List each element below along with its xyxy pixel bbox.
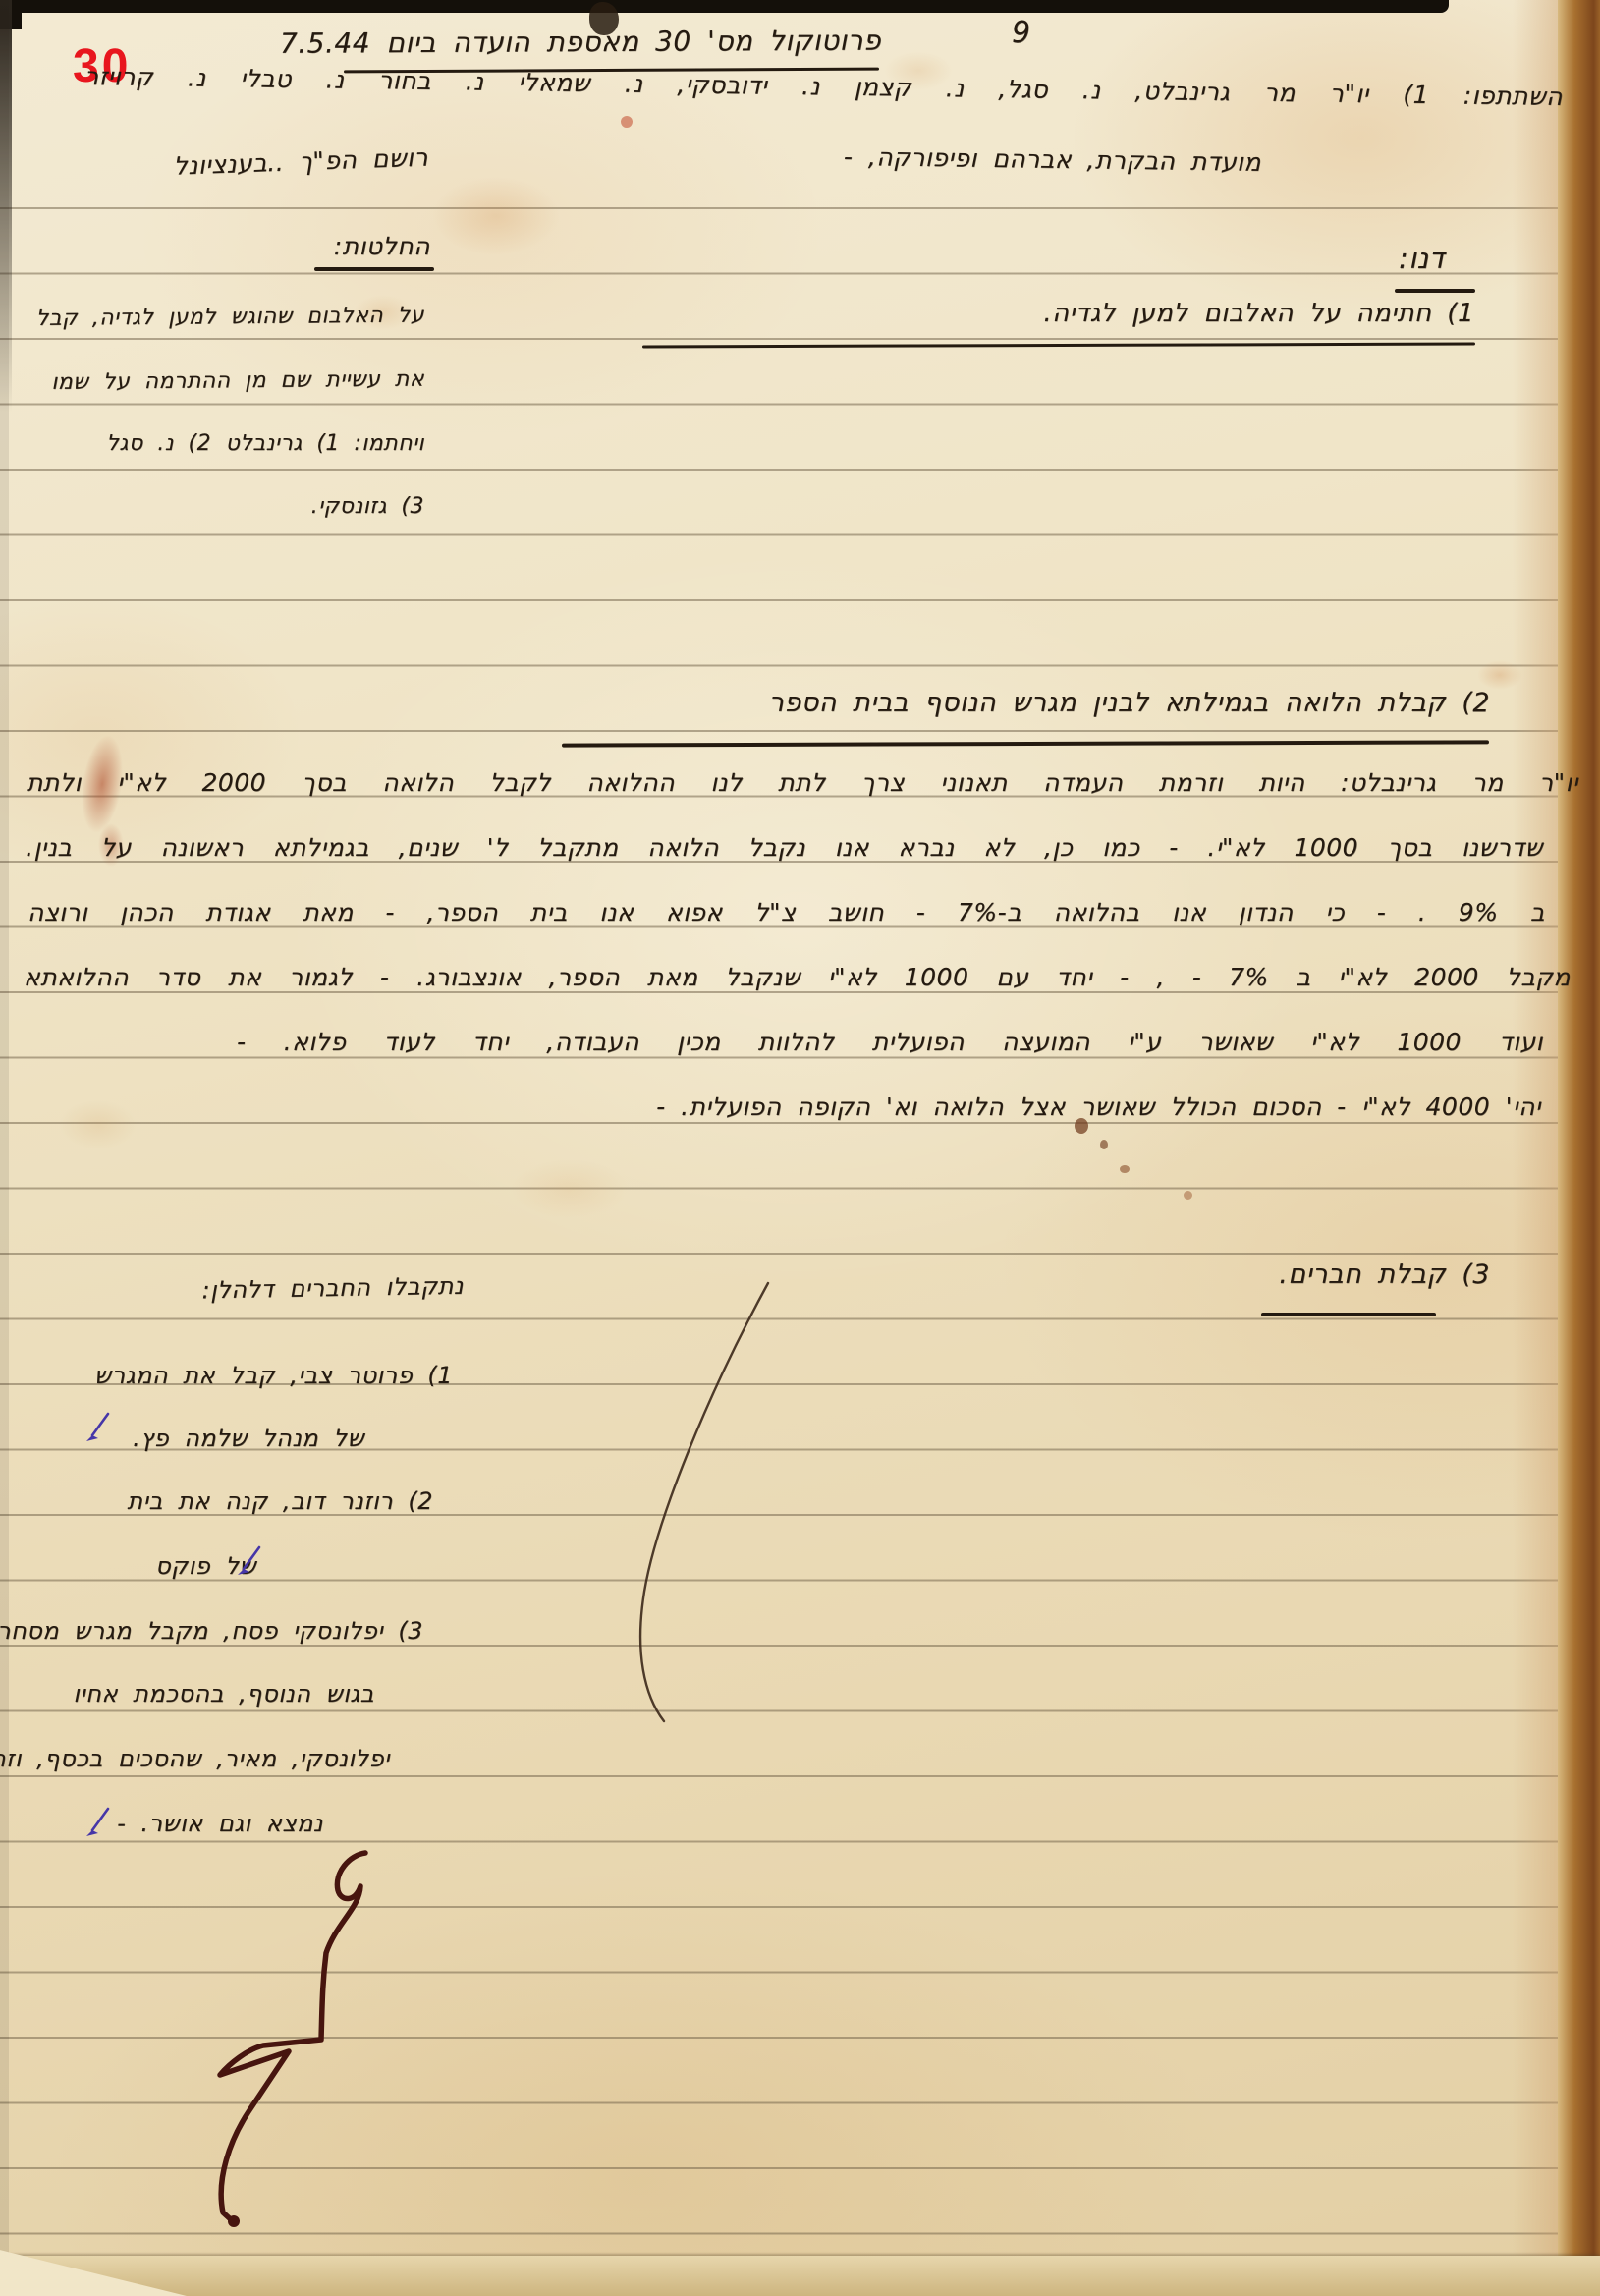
section3-heading: 3) קבלת חברים.: [1230, 1260, 1490, 1290]
book-edge-right-shade: [1513, 0, 1558, 2296]
signature: [147, 1837, 422, 2260]
stain: [59, 1100, 138, 1149]
agenda-heading: דנו:: [1399, 242, 1445, 275]
decision-line: על האלבום שהוגש למען לגדיה, קבל: [92, 304, 424, 331]
attendees-line-2: מועדת הבקרת, אברהם ופיפורקה, -: [583, 139, 1261, 177]
agenda-item-1-underline: [642, 343, 1475, 349]
scan-shadow-left: [0, 0, 9, 2296]
section2-line: שדרשנו בסך 1000 לא"י. - כמו כן, לא נברא …: [26, 833, 1543, 862]
section2-line: מקבל 2000 לא"י ב 7% - , - יחד עם 1000 לא…: [24, 963, 1571, 991]
member-item: 2) רוזנר דוב, קנה את בית: [60, 1487, 433, 1515]
approval-check-icon: [83, 1806, 112, 1839]
member-item: 3) יפלונסקי פסח, מקבל מגרש מסחרי: [35, 1617, 423, 1645]
decision-line: 3) גזונסקי.: [308, 494, 424, 519]
decision-line: את עשיית שם מן ההתרמה על שמו: [108, 367, 424, 395]
approval-check-icon: [234, 1544, 263, 1578]
page-number: 9: [1012, 16, 1031, 50]
section2-heading-underline: [562, 740, 1489, 747]
section2-line: ב 9% . - כי הנדון אנו בהלואה ב-7% - חושב…: [28, 898, 1545, 926]
member-item: בגוש הנוסף, בהסכמת אחיו: [70, 1680, 374, 1708]
scan-edge-top-corner: [0, 0, 22, 29]
members-intro: נתקבלו החברים דלהלן:: [100, 1272, 464, 1306]
stain: [1477, 660, 1522, 690]
agenda-item-1: 1) חתימה על האלבום למען לגדיה.: [644, 299, 1474, 328]
member-item: של מנהל שלמה פץ.: [99, 1425, 364, 1452]
section2-line: ועוד 1000 לא"י שאושר ע"י המועצה הפועלית …: [237, 1028, 1543, 1056]
decisions-heading: החלטות:: [320, 232, 430, 260]
stain: [1184, 1191, 1192, 1200]
page-bottom-edge: [0, 2256, 1600, 2296]
stain: [1100, 1140, 1108, 1149]
section2-heading: 2) קבלת הלואה בגמילתא לבנין מגרש הנוסף ב…: [562, 688, 1490, 718]
pen-curve-stroke: [585, 1269, 811, 1741]
agenda-heading-underline: [1395, 289, 1475, 293]
stain: [432, 177, 560, 255]
section3-heading-underline: [1261, 1313, 1436, 1316]
scan-edge-left: [0, 0, 12, 413]
approval-check-icon: [83, 1411, 112, 1444]
section2-line: יו"ר מר גרינבלט: היות וזרמת העמדה תאנוני…: [27, 768, 1578, 797]
section2-line: יהי' 4000 לא"י - הסכום הכולל שאושר אצל ה…: [608, 1092, 1541, 1121]
member-item: יפלונסקי, מאיר, שהסכים בכסף, וזה: [36, 1745, 390, 1772]
stain: [1120, 1165, 1130, 1173]
scanned-protocol-page: 30 9 פרוטוקול מס' 30 מאספת הועדה ביום 7.…: [0, 0, 1600, 2296]
decision-line: ויחתמו: 1) גרינבלט 2) נ. סגל: [105, 431, 424, 456]
scan-edge-top: [0, 0, 1449, 13]
stain: [621, 116, 633, 128]
member-item: של פוקס: [99, 1552, 256, 1580]
recorder-note: רושם הפ"ך ..בענציונל: [65, 143, 429, 185]
decisions-heading-underline: [314, 267, 434, 271]
stain: [511, 1159, 629, 1218]
member-item: 1) פרוטר צבי, קבל את המגרש: [60, 1362, 453, 1389]
book-edge-right: [1558, 0, 1600, 2296]
doc-title: פרוטוקול מס' 30 מאספת הועדה ביום 7.5.44: [346, 25, 881, 60]
